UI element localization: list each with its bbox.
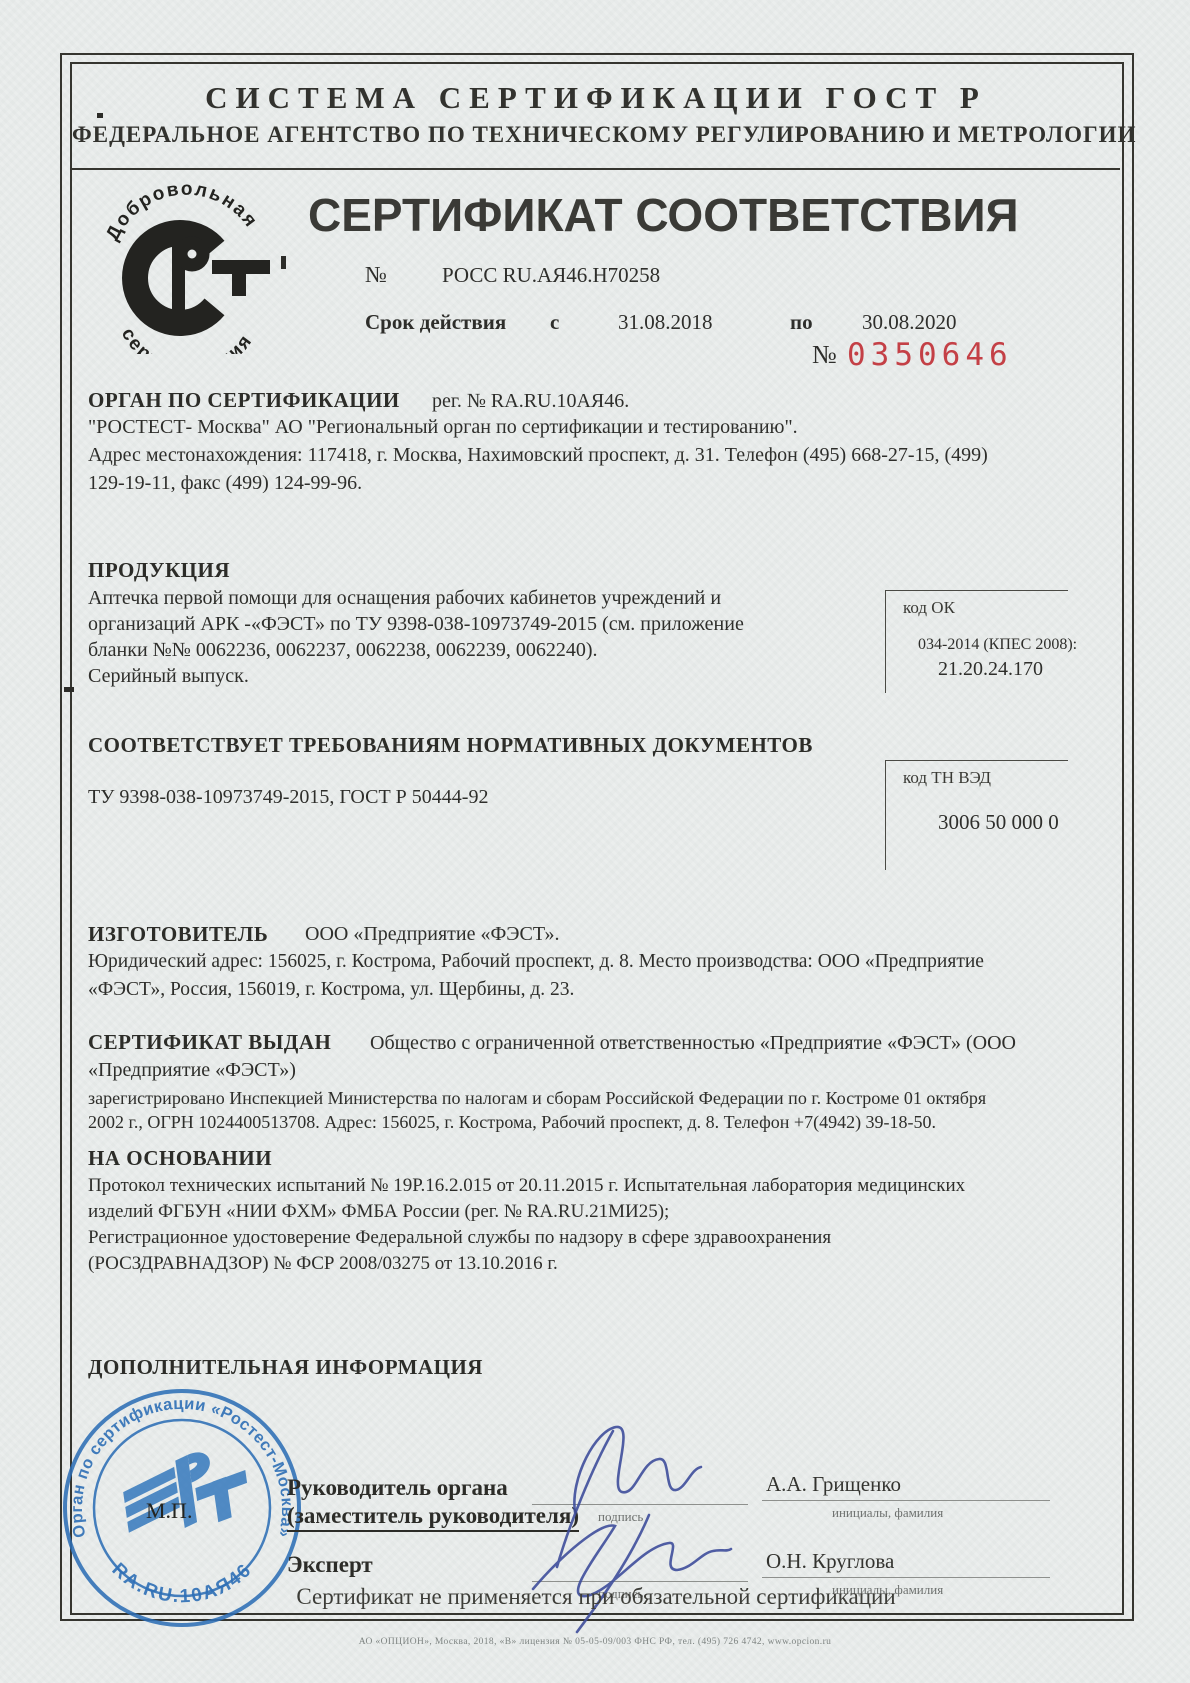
deputy-head-label: (заместитель руководителя) [287, 1503, 579, 1532]
print-info: АО «ОПЦИОН», Москва, 2018, «В» лицензия … [0, 1637, 1190, 1647]
manufacturer-heading: ИЗГОТОВИТЕЛЬ [88, 922, 268, 947]
manufacturer-name: ООО «Предприятие «ФЭСТ». [305, 923, 560, 946]
organ-heading: ОРГАН ПО СЕРТИФИКАЦИИ [88, 388, 400, 413]
cert-number: РОСС RU.АЯ46.Н70258 [442, 263, 660, 288]
header-line2: ФЕДЕРАЛЬНОЕ АГЕНТСТВО ПО ТЕХНИЧЕСКОМУ РЕ… [72, 122, 1120, 148]
organ-line1: "РОСТЕСТ- Москва" АО "Региональный орган… [88, 416, 798, 439]
code-ok-line1: 034-2014 (КПЕС 2008): [918, 636, 1077, 654]
rst-logo: Добровольная сертификация [92, 178, 298, 354]
validity-to-label: по [790, 310, 813, 335]
tnved-box-top [885, 760, 1068, 761]
product-heading: ПРОДУКЦИЯ [88, 558, 230, 583]
certificate-page: СИСТЕМА СЕРТИФИКАЦИИ ГОСТ Р ФЕДЕРАЛЬНОЕ … [0, 0, 1190, 1683]
tnved-label: код ТН ВЭД [903, 768, 991, 788]
tnved-value: 3006 50 000 0 [938, 810, 1059, 835]
organ-reg: рег. № RA.RU.10АЯ46. [432, 390, 629, 413]
code-ok-value: 21.20.24.170 [938, 658, 1043, 681]
basis-line4: (РОСЗДРАВНАДЗОР) № ФСР 2008/03275 от 13.… [88, 1253, 558, 1275]
basis-line1: Протокол технических испытаний № 19Р.16.… [88, 1175, 965, 1197]
conforms-heading: СООТВЕТСТВУЕТ ТРЕБОВАНИЯМ НОРМАТИВНЫХ ДО… [88, 733, 813, 758]
header-line1: СИСТЕМА СЕРТИФИКАЦИИ ГОСТ Р [72, 80, 1120, 116]
rst-logo-mark [135, 233, 270, 323]
bottom-note: Сертификат не применяется при обязательн… [72, 1584, 1120, 1610]
basis-line2: изделий ФГБУН «НИИ ФХМ» ФМБА России (рег… [88, 1201, 669, 1223]
code-ok-label: код ОК [903, 598, 955, 618]
issued-line2: 2002 г., ОГРН 1024400513708. Адрес: 1560… [88, 1112, 936, 1133]
basis-line3: Регистрационное удостоверение Федерально… [88, 1227, 831, 1249]
signature-line-head [532, 1504, 748, 1505]
validity-to-date: 30.08.2020 [862, 310, 957, 335]
conforms-line1: ТУ 9398-038-10973749-2015, ГОСТ Р 50444-… [88, 786, 488, 809]
product-line1: Аптечка первой помощи для оснащения рабо… [88, 587, 721, 610]
manufacturer-line2: «ФЭСТ», Россия, 156019, г. Кострома, ул.… [88, 979, 574, 1001]
cert-number-label: № [365, 262, 387, 288]
issued-heading: СЕРТИФИКАТ ВЫДАН [88, 1030, 331, 1055]
signature-line-expert [532, 1581, 748, 1582]
signature-caption-head: подпись [598, 1509, 643, 1525]
code-ok-box-left [885, 590, 886, 693]
head-name: А.А. Грищенко [766, 1472, 901, 1497]
header-separator [72, 168, 1120, 170]
mp-label: М.П. [146, 1498, 192, 1524]
head-of-organ-label: Руководитель органа [287, 1475, 508, 1501]
name-line-expert [762, 1577, 1050, 1578]
name-line-head [762, 1500, 1050, 1501]
basis-heading: НА ОСНОВАНИИ [88, 1146, 272, 1171]
product-line2: организаций АРК -«ФЭСТ» по ТУ 9398-038-1… [88, 613, 744, 636]
manufacturer-line1: Юридический адрес: 156025, г. Кострома, … [88, 951, 984, 973]
validity-from-date: 31.08.2018 [618, 310, 713, 335]
product-line3: бланки №№ 0062236, 0062237, 0062238, 006… [88, 639, 597, 662]
organ-line3: 129-19-11, факс (499) 124-99-96. [88, 472, 362, 495]
expert-label: Эксперт [287, 1552, 373, 1578]
blank-number-label: № [812, 340, 837, 370]
expert-name: О.Н. Круглова [766, 1549, 894, 1574]
validity-from-label: с [550, 310, 559, 335]
code-ok-box-top [885, 590, 1068, 591]
additional-heading: ДОПОЛНИТЕЛЬНАЯ ИНФОРМАЦИЯ [88, 1355, 483, 1380]
name-caption-head: инициалы, фамилия [832, 1505, 943, 1521]
tnved-box-left [885, 760, 886, 870]
validity-label: Срок действия [365, 310, 506, 335]
issued-name2: «Предприятие «ФЭСТ») [88, 1059, 296, 1082]
blank-number: 0350646 [847, 337, 1013, 373]
organ-line2: Адрес местонахождения: 117418, г. Москва… [88, 444, 988, 467]
document-title: СЕРТИФИКАТ СООТВЕТСТВИЯ [308, 188, 1019, 242]
scan-artifact-3 [64, 687, 74, 692]
issued-line1: зарегистрировано Инспекцией Министерства… [88, 1088, 986, 1109]
issued-name1: Общество с ограниченной ответственностью… [370, 1032, 1016, 1055]
product-line4: Серийный выпуск. [88, 665, 249, 688]
